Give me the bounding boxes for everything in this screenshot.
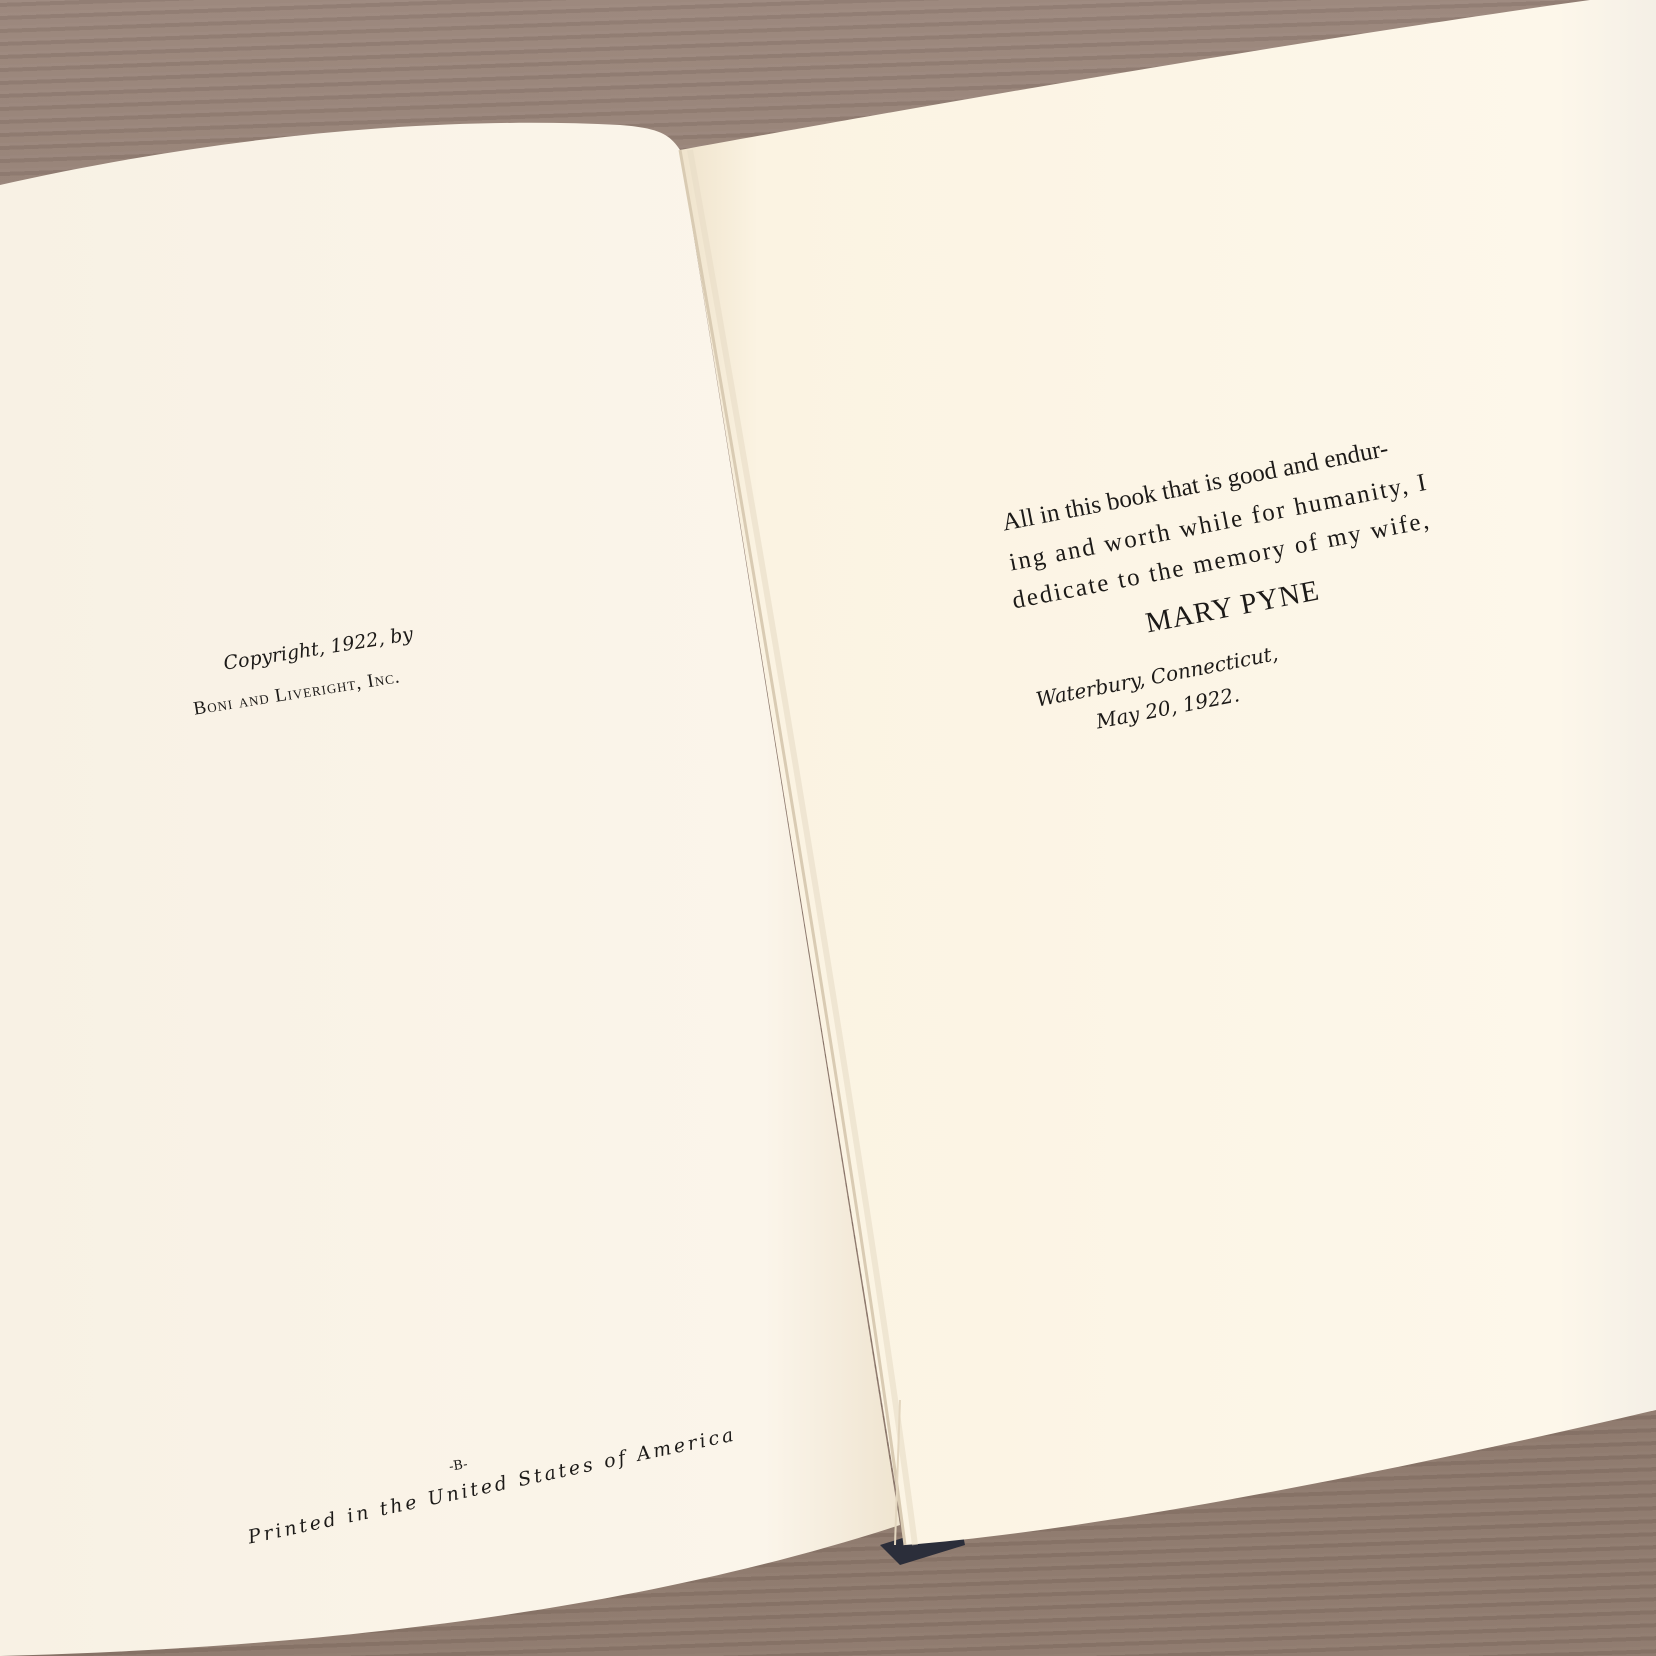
book-pages-shape (0, 0, 1656, 1656)
open-book (0, 0, 1656, 1656)
printer-mark: -B- (448, 1457, 469, 1475)
